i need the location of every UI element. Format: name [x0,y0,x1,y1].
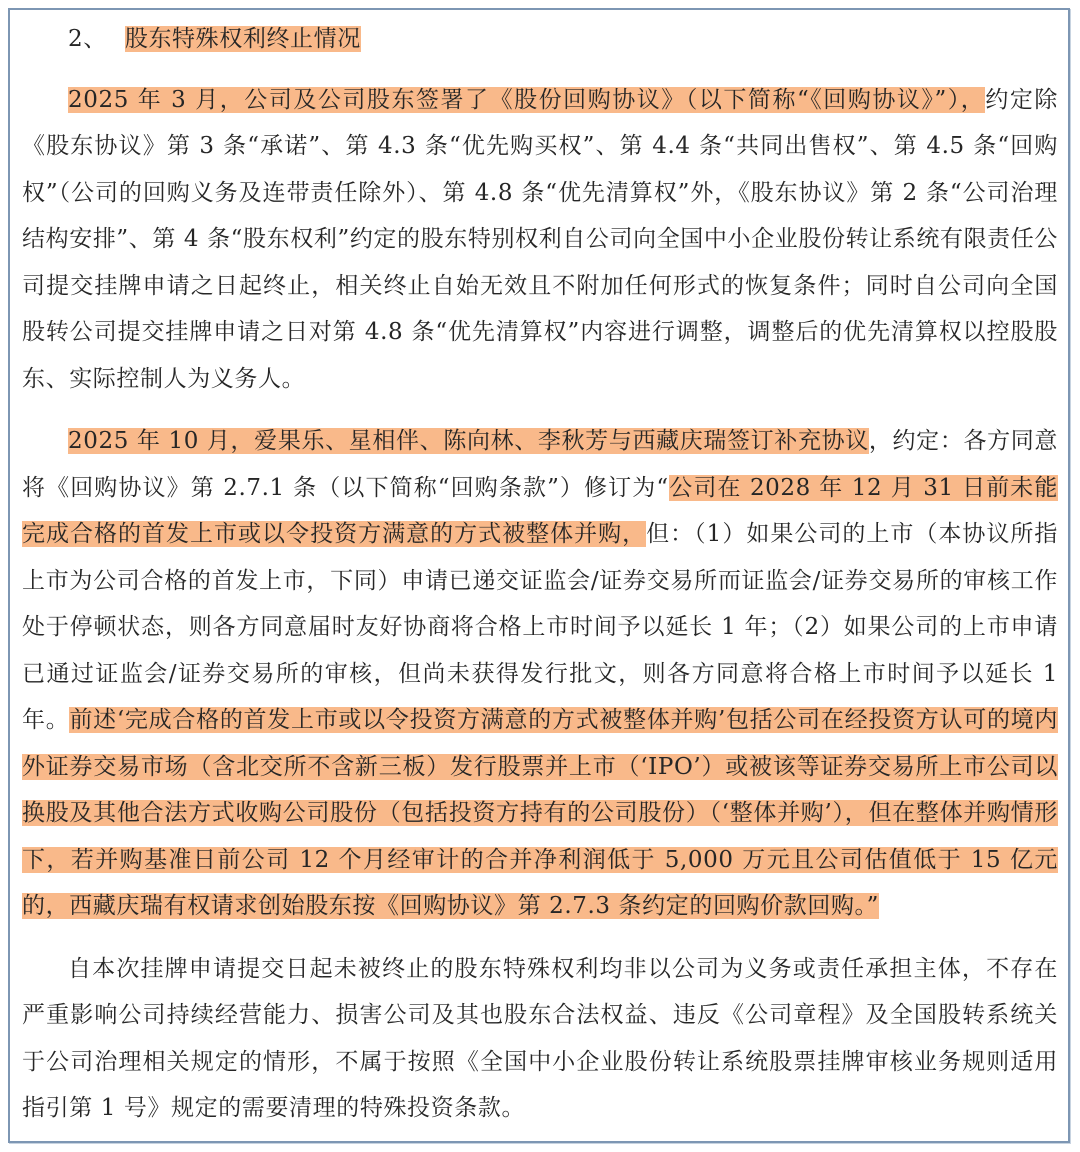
body-text: 约定除《股东协议》第 3 条“承诺”、第 4.3 条“优先购买权”、第 4.4 … [22,87,1058,392]
body-text: 但：（1）如果公司的上市（本协议所指上市为公司合格的首发上市，下同）申请已递交证… [22,521,1058,733]
paragraph-2: 2025 年 10 月，爱果乐、星相伴、陈向林、李秋芳与西藏庆瑞签订补充协议，约… [22,418,1058,930]
paragraph-1: 2025 年 3 月，公司及公司股东签署了《股份回购协议》（以下简称“《回购协议… [22,77,1058,403]
section-title: 股东特殊权利终止情况 [125,26,361,52]
highlighted-text: 2025 年 3 月，公司及公司股东签署了《股份回购协议》（以下简称“《回购协议… [68,87,985,113]
document-body: 2、股东特殊权利终止情况 2025 年 3 月，公司及公司股东签署了《股份回购协… [22,16,1058,1148]
highlighted-text: 2025 年 10 月，爱果乐、星相伴、陈向林、李秋芳与西藏庆瑞签订补充协议 [68,428,869,454]
section-number: 2、 [68,26,107,52]
paragraph-3: 自本次挂牌申请提交日起未被终止的股东特殊权利均非以公司为义务或责任承担主体，不存… [22,946,1058,1132]
highlighted-text: 前述‘完成合格的首发上市或以令投资方满意的方式被整体并购’包括公司在经投资方认可… [22,707,1058,919]
body-text: 自本次挂牌申请提交日起未被终止的股东特殊权利均非以公司为义务或责任承担主体，不存… [22,956,1058,1122]
section-heading: 2、股东特殊权利终止情况 [22,16,1058,63]
